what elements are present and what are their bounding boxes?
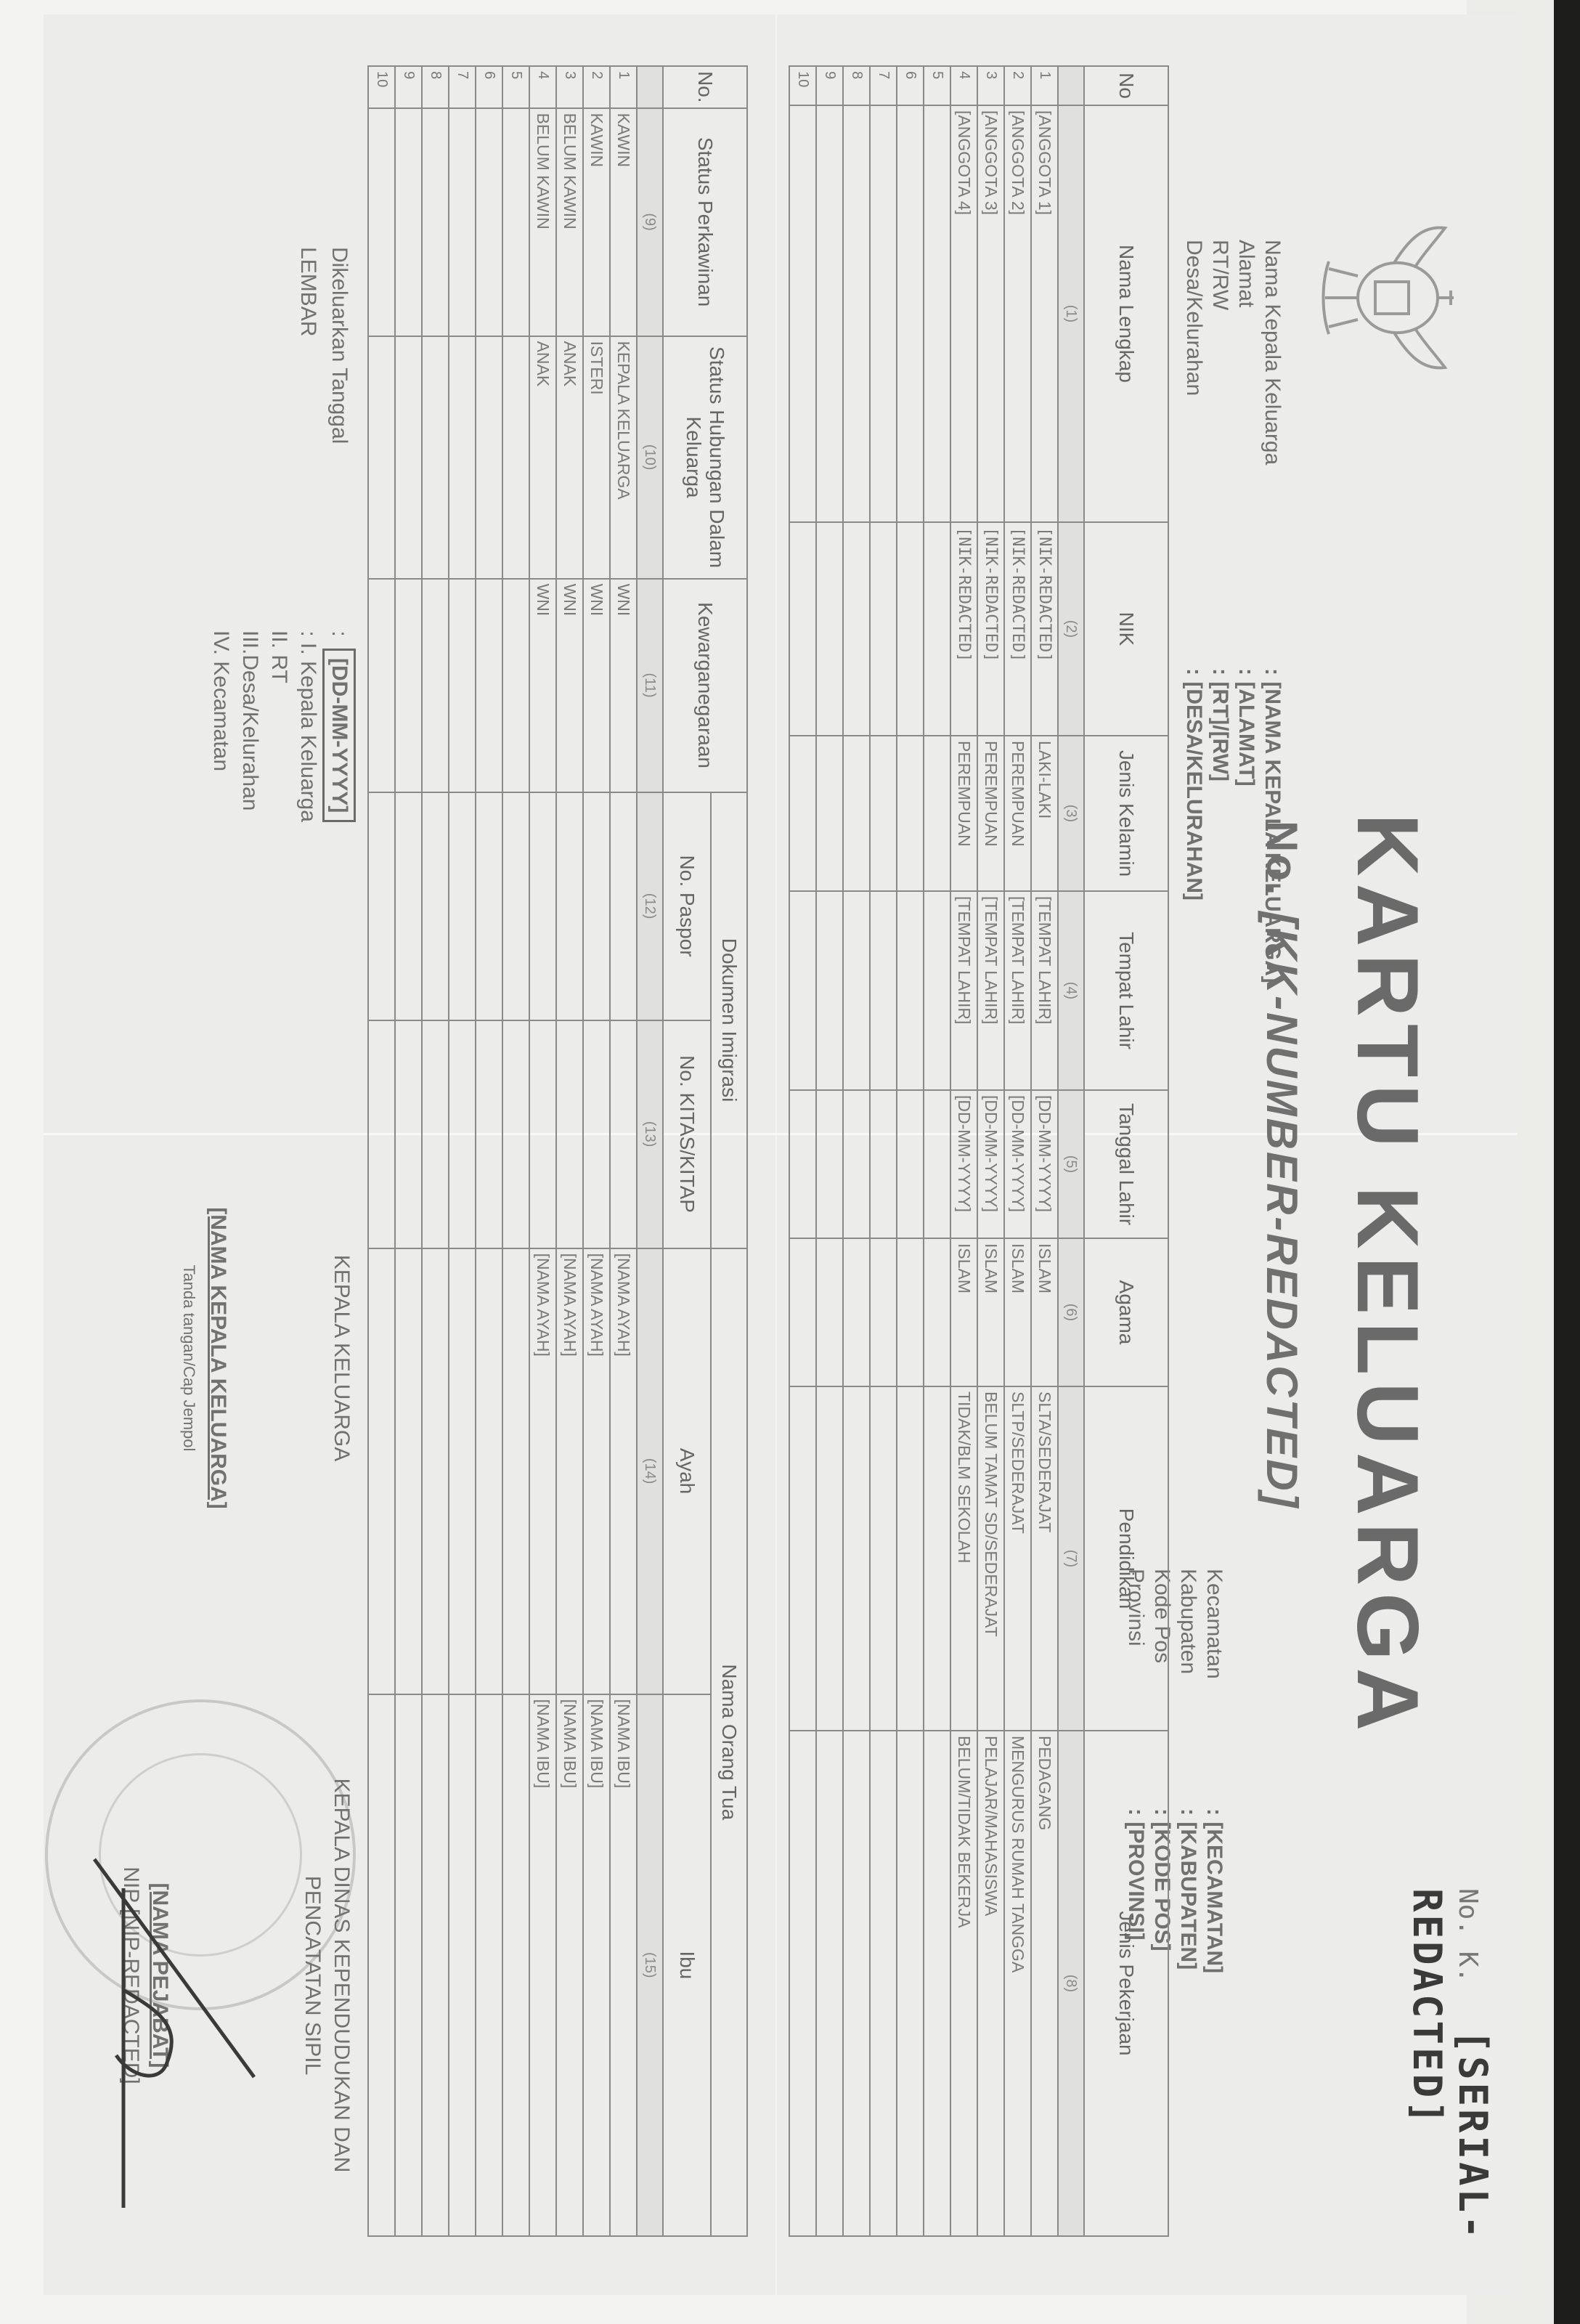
table-header-group-row: No. Status Perkawinan Status Hubungan Da… bbox=[711, 66, 747, 2236]
cell-religion bbox=[924, 1238, 950, 1386]
cell-birthdate bbox=[816, 1090, 843, 1238]
cell-full-name: [ANGGOTA 1] bbox=[1031, 105, 1058, 522]
members-status-table: No. Status Perkawinan Status Hubungan Da… bbox=[367, 65, 748, 2237]
cell-religion bbox=[870, 1238, 897, 1386]
cell-kitas-no bbox=[529, 1020, 556, 1248]
cell-full-name bbox=[843, 105, 870, 522]
head-of-family-signature-name: [NAMA KEPALA KELUARGA] bbox=[203, 1177, 232, 1540]
cell-nik: [NIK-REDACTED] bbox=[1004, 522, 1031, 736]
cell-birthdate bbox=[789, 1090, 816, 1238]
cell-sex bbox=[870, 736, 897, 891]
cell-birthdate: [DD-MM-YYYY] bbox=[1004, 1090, 1031, 1238]
garuda-emblem-icon bbox=[1314, 218, 1467, 378]
header-field-regency: Kabupaten: [KABUPATEN] bbox=[1175, 1569, 1201, 1973]
cell-mother bbox=[395, 1694, 422, 2236]
cell-nik bbox=[816, 522, 843, 736]
cell-father bbox=[476, 1248, 502, 1694]
cell-religion: ISLAM bbox=[977, 1238, 1004, 1386]
cell-education bbox=[897, 1386, 924, 1731]
cell-education: SLTP/SEDERAJAT bbox=[1004, 1386, 1031, 1731]
cell-passport-no bbox=[476, 792, 502, 1020]
cell-education bbox=[924, 1386, 950, 1731]
cell-education bbox=[789, 1386, 816, 1731]
cell-occupation: PELAJAR/MAHASISWA bbox=[977, 1731, 1004, 2236]
cell-education: TIDAK/BLM SEKOLAH bbox=[950, 1386, 977, 1731]
cell-mother: [NAMA IBU] bbox=[556, 1694, 583, 2236]
table-row: 6 bbox=[476, 66, 502, 2236]
col-header-mother: Ibu bbox=[663, 1694, 711, 2236]
cell-occupation bbox=[924, 1731, 950, 2236]
table-row: 3[ANGGOTA 3][NIK-REDACTED]PEREMPUAN[TEMP… bbox=[977, 66, 1004, 2236]
cell-mother bbox=[368, 1694, 395, 2236]
cell-family-relationship: ANAK bbox=[529, 336, 556, 579]
col-header-passport-no: No. Paspor bbox=[663, 792, 711, 1020]
col-header-sex: Jenis Kelamin bbox=[1084, 736, 1168, 891]
col-header-religion: Agama bbox=[1084, 1238, 1168, 1386]
cell-kitas-no bbox=[556, 1020, 583, 1248]
table-row: 8 bbox=[422, 66, 449, 2236]
copy-distribution: LEMBAR : I. Kepala Keluarga bbox=[293, 247, 322, 822]
cell-sex bbox=[789, 736, 816, 891]
cell-passport-no bbox=[529, 792, 556, 1020]
cell-education bbox=[870, 1386, 897, 1731]
cell-religion bbox=[843, 1238, 870, 1386]
cell-kitas-no bbox=[610, 1020, 637, 1248]
cell-sex bbox=[843, 736, 870, 891]
col-header-parent-names: Nama Orang Tua bbox=[711, 1248, 747, 2236]
cell-religion: ISLAM bbox=[950, 1238, 977, 1386]
table-row: 4BELUM KAWINANAKWNI[NAMA AYAH][NAMA IBU] bbox=[529, 66, 556, 2236]
cell-passport-no bbox=[610, 792, 637, 1020]
cell-religion: ISLAM bbox=[1031, 1238, 1058, 1386]
cell-birthplace: [TEMPAT LAHIR] bbox=[977, 891, 1004, 1090]
cell-full-name bbox=[897, 105, 924, 522]
fold-crease-horizontal bbox=[775, 15, 777, 2295]
cell-birthplace bbox=[924, 891, 950, 1090]
cell-birthplace: [TEMPAT LAHIR] bbox=[950, 891, 977, 1090]
cell-kitas-no bbox=[449, 1020, 476, 1248]
cell-occupation bbox=[870, 1731, 897, 2236]
table-row: 4[ANGGOTA 4][NIK-REDACTED]PEREMPUAN[TEMP… bbox=[950, 66, 977, 2236]
cell-family-relationship: ISTERI bbox=[583, 336, 610, 579]
cell-birthdate: [DD-MM-YYYY] bbox=[950, 1090, 977, 1238]
scan-background-edge bbox=[1554, 0, 1580, 2324]
issued-date-label: Dikeluarkan Tanggal bbox=[325, 247, 354, 625]
issued-date-value: [DD-MM-YYYY] bbox=[322, 649, 356, 822]
cell-citizenship: WNI bbox=[610, 579, 637, 792]
cell-father bbox=[422, 1248, 449, 1694]
cell-no: 8 bbox=[843, 66, 870, 105]
cell-family-relationship: KEPALA KELUARGA bbox=[610, 336, 637, 579]
header-field-head-name: Nama Kepala Keluarga: [NAMA KEPALA KELUA… bbox=[1259, 240, 1285, 983]
cell-birthplace: [TEMPAT LAHIR] bbox=[1004, 891, 1031, 1090]
cell-sex bbox=[897, 736, 924, 891]
cell-occupation: MENGURUS RUMAH TANGGA bbox=[1004, 1731, 1031, 2236]
cell-occupation bbox=[789, 1731, 816, 2236]
cell-family-relationship: ANAK bbox=[556, 336, 583, 579]
cell-birthdate bbox=[843, 1090, 870, 1238]
header-field-district: Kecamatan: [KECAMATAN] bbox=[1201, 1569, 1227, 1973]
cell-nik: [NIK-REDACTED] bbox=[1031, 522, 1058, 736]
cell-sex bbox=[924, 736, 950, 891]
copy-item: II. RT bbox=[264, 630, 293, 822]
cell-father bbox=[502, 1248, 529, 1694]
cell-occupation bbox=[843, 1731, 870, 2236]
table-row: 2[ANGGOTA 2][NIK-REDACTED]PEREMPUAN[TEMP… bbox=[1004, 66, 1031, 2236]
cell-family-relationship bbox=[395, 336, 422, 579]
cell-no: 9 bbox=[816, 66, 843, 105]
cell-full-name: [ANGGOTA 2] bbox=[1004, 105, 1031, 522]
cell-sex: PEREMPUAN bbox=[950, 736, 977, 891]
cell-religion bbox=[816, 1238, 843, 1386]
table-row: 5 bbox=[924, 66, 950, 2236]
table-row: 8 bbox=[843, 66, 870, 2236]
cell-marital-status: BELUM KAWIN bbox=[529, 108, 556, 336]
form-serial-prefix: No. K. bbox=[1453, 1888, 1483, 1983]
cell-mother bbox=[422, 1694, 449, 2236]
official-title-line-2: PENCATATAN SIPIL bbox=[298, 1721, 327, 2230]
header-household-info: Nama Kepala Keluarga: [NAMA KEPALA KELUA… bbox=[1181, 240, 1285, 983]
cell-passport-no bbox=[395, 792, 422, 1020]
cell-birthplace bbox=[870, 891, 897, 1090]
form-serial-number: No. K. [SERIAL-REDACTED] bbox=[1404, 1888, 1496, 2295]
cell-no: 9 bbox=[395, 66, 422, 108]
table-row: 2KAWINISTERIWNI[NAMA AYAH][NAMA IBU] bbox=[583, 66, 610, 2236]
column-number-row: (9) (10) (11) (12) (13) (14) (15) bbox=[637, 66, 663, 2236]
copy-distribution-label: LEMBAR bbox=[293, 247, 322, 625]
cell-citizenship bbox=[476, 579, 502, 792]
issuance-info: Dikeluarkan Tanggal : [DD-MM-YYYY] LEMBA… bbox=[206, 247, 356, 822]
cell-religion bbox=[789, 1238, 816, 1386]
cell-no: 5 bbox=[502, 66, 529, 108]
cell-marital-status bbox=[502, 108, 529, 336]
table-row: 6 bbox=[897, 66, 924, 2236]
col-header-full-name: Nama Lengkap bbox=[1084, 105, 1168, 522]
cell-religion bbox=[897, 1238, 924, 1386]
cell-family-relationship bbox=[449, 336, 476, 579]
cell-full-name bbox=[870, 105, 897, 522]
cell-full-name bbox=[816, 105, 843, 522]
cell-education: SLTA/SEDERAJAT bbox=[1031, 1386, 1058, 1731]
col-header-no: No bbox=[1084, 66, 1168, 105]
cell-education bbox=[816, 1386, 843, 1731]
cell-no: 2 bbox=[583, 66, 610, 108]
cell-birthplace bbox=[789, 891, 816, 1090]
table-header-row: No Nama Lengkap NIK Jenis Kelamin Tempat… bbox=[1084, 66, 1168, 2236]
cell-passport-no bbox=[556, 792, 583, 1020]
cell-family-relationship bbox=[368, 336, 395, 579]
cell-citizenship: WNI bbox=[556, 579, 583, 792]
cell-family-relationship bbox=[502, 336, 529, 579]
cell-birthplace: [TEMPAT LAHIR] bbox=[1031, 891, 1058, 1090]
cell-no: 2 bbox=[1004, 66, 1031, 105]
cell-passport-no bbox=[449, 792, 476, 1020]
cell-passport-no bbox=[368, 792, 395, 1020]
cell-no: 3 bbox=[977, 66, 1004, 105]
cell-marital-status: KAWIN bbox=[610, 108, 637, 336]
cell-citizenship bbox=[422, 579, 449, 792]
cell-father bbox=[395, 1248, 422, 1694]
cell-no: 5 bbox=[924, 66, 950, 105]
cell-sex bbox=[816, 736, 843, 891]
cell-citizenship bbox=[502, 579, 529, 792]
cell-kitas-no bbox=[476, 1020, 502, 1248]
table-row: 1KAWINKEPALA KELUARGAWNI[NAMA AYAH][NAMA… bbox=[610, 66, 637, 2236]
col-header-no: No. bbox=[663, 66, 747, 108]
cell-marital-status bbox=[395, 108, 422, 336]
table-row: 7 bbox=[870, 66, 897, 2236]
cell-family-relationship bbox=[422, 336, 449, 579]
cell-no: 8 bbox=[422, 66, 449, 108]
cell-birthdate: [DD-MM-YYYY] bbox=[977, 1090, 1004, 1238]
cell-no: 4 bbox=[950, 66, 977, 105]
col-header-immigration-docs: Dokumen Imigrasi bbox=[711, 792, 747, 1248]
cell-education bbox=[843, 1386, 870, 1731]
cell-marital-status bbox=[368, 108, 395, 336]
cell-mother: [NAMA IBU] bbox=[610, 1694, 637, 2236]
col-header-family-relationship: Status Hubungan Dalam Keluarga bbox=[663, 336, 747, 579]
cell-mother: [NAMA IBU] bbox=[583, 1694, 610, 2236]
cell-occupation bbox=[816, 1731, 843, 2236]
col-header-kitas-no: No. KITAS/KITAP bbox=[663, 1020, 711, 1248]
col-header-marital-status: Status Perkawinan bbox=[663, 108, 747, 336]
cell-nik: [NIK-REDACTED] bbox=[977, 522, 1004, 736]
header-field-rt-rw: RT/RW: [RT]/[RW] bbox=[1207, 240, 1233, 983]
signature-note: Tanda tangan/Cap Jempol bbox=[174, 1177, 203, 1540]
cell-marital-status: BELUM KAWIN bbox=[556, 108, 583, 336]
head-of-family-signature-block: KEPALA KELUARGA [NAMA KEPALA KELUARGA] T… bbox=[174, 1177, 356, 1540]
family-card-number-value: [KK-NUMBER-REDACTED] bbox=[1258, 911, 1306, 1509]
table-row: 9 bbox=[395, 66, 422, 2236]
cell-nik: [NIK-REDACTED] bbox=[950, 522, 977, 736]
column-number-row: (1) (2) (3) (4) (5) (6) (7) (8) bbox=[1058, 66, 1084, 2236]
cell-nik bbox=[843, 522, 870, 736]
col-header-citizenship: Kewarganegaraan bbox=[663, 579, 747, 792]
table-row: 1[ANGGOTA 1][NIK-REDACTED]LAKI-LAKI[TEMP… bbox=[1031, 66, 1058, 2236]
table-row: 10 bbox=[789, 66, 816, 2236]
cell-citizenship bbox=[368, 579, 395, 792]
cell-father: [NAMA AYAH] bbox=[583, 1248, 610, 1694]
cell-religion: ISLAM bbox=[1004, 1238, 1031, 1386]
header-field-address: Alamat: [ALAMAT] bbox=[1233, 240, 1259, 983]
cell-no: 7 bbox=[870, 66, 897, 105]
copy-item: I. Kepala Keluarga bbox=[296, 643, 320, 822]
family-card-document: KARTU KELUARGA No. [KK-NUMBER-REDACTED] … bbox=[44, 15, 1518, 2295]
cell-birthdate bbox=[924, 1090, 950, 1238]
col-header-occupation: Jenis Pekerjaan bbox=[1084, 1731, 1168, 2236]
cell-education: BELUM TAMAT SD/SEDERAJAT bbox=[977, 1386, 1004, 1731]
cell-occupation bbox=[897, 1731, 924, 2236]
table-row: 3BELUM KAWINANAKWNI[NAMA AYAH][NAMA IBU] bbox=[556, 66, 583, 2236]
table-row: 10 bbox=[368, 66, 395, 2236]
cell-no: 1 bbox=[610, 66, 637, 108]
cell-father: [NAMA AYAH] bbox=[556, 1248, 583, 1694]
cell-occupation: PEDAGANG bbox=[1031, 1731, 1058, 2236]
cell-sex: PEREMPUAN bbox=[977, 736, 1004, 891]
cell-citizenship bbox=[395, 579, 422, 792]
cell-passport-no bbox=[583, 792, 610, 1020]
cell-nik bbox=[870, 522, 897, 736]
cell-kitas-no bbox=[368, 1020, 395, 1248]
col-header-father: Ayah bbox=[663, 1248, 711, 1694]
cell-no: 3 bbox=[556, 66, 583, 108]
cell-father bbox=[368, 1248, 395, 1694]
cell-birthplace bbox=[816, 891, 843, 1090]
members-identity-table: No Nama Lengkap NIK Jenis Kelamin Tempat… bbox=[789, 65, 1169, 2237]
col-header-nik: NIK bbox=[1084, 522, 1168, 736]
cell-full-name bbox=[924, 105, 950, 522]
cell-sex: LAKI-LAKI bbox=[1031, 736, 1058, 891]
cell-mother bbox=[449, 1694, 476, 2236]
cell-birthplace bbox=[843, 891, 870, 1090]
cell-nik bbox=[924, 522, 950, 736]
cell-citizenship: WNI bbox=[529, 579, 556, 792]
cell-kitas-no bbox=[583, 1020, 610, 1248]
cell-birthplace bbox=[897, 891, 924, 1090]
cell-no: 7 bbox=[449, 66, 476, 108]
cell-marital-status bbox=[449, 108, 476, 336]
cell-no: 4 bbox=[529, 66, 556, 108]
cell-mother: [NAMA IBU] bbox=[529, 1694, 556, 2236]
document-title: KARTU KELUARGA bbox=[1337, 813, 1438, 1738]
handwritten-signature-icon bbox=[80, 1845, 269, 2222]
table-row: 7 bbox=[449, 66, 476, 2236]
cell-marital-status: KAWIN bbox=[583, 108, 610, 336]
cell-occupation: BELUM/TIDAK BEKERJA bbox=[950, 1731, 977, 2236]
table-row: 5 bbox=[502, 66, 529, 2236]
header-field-village: Desa/Kelurahan: [DESA/KELURAHAN] bbox=[1181, 240, 1207, 983]
cell-passport-no bbox=[422, 792, 449, 1020]
cell-mother bbox=[502, 1694, 529, 2236]
table-row: 9 bbox=[816, 66, 843, 2236]
cell-birthdate bbox=[897, 1090, 924, 1238]
col-header-birthplace: Tempat Lahir bbox=[1084, 891, 1168, 1090]
cell-no: 10 bbox=[789, 66, 816, 105]
cell-nik bbox=[897, 522, 924, 736]
cell-passport-no bbox=[502, 792, 529, 1020]
official-title-line-1: KEPALA DINAS KEPENDUDUKAN DAN bbox=[327, 1721, 356, 2230]
cell-full-name bbox=[789, 105, 816, 522]
cell-no: 6 bbox=[476, 66, 502, 108]
cell-family-relationship bbox=[476, 336, 502, 579]
cell-no: 6 bbox=[897, 66, 924, 105]
cell-mother bbox=[476, 1694, 502, 2236]
cell-marital-status bbox=[422, 108, 449, 336]
cell-marital-status bbox=[476, 108, 502, 336]
cell-father: [NAMA AYAH] bbox=[610, 1248, 637, 1694]
cell-birthdate: [DD-MM-YYYY] bbox=[1031, 1090, 1058, 1238]
cell-birthdate bbox=[870, 1090, 897, 1238]
cell-citizenship bbox=[449, 579, 476, 792]
col-header-education: Pendidikan bbox=[1084, 1386, 1168, 1731]
cell-full-name: [ANGGOTA 4] bbox=[950, 105, 977, 522]
cell-citizenship: WNI bbox=[583, 579, 610, 792]
col-header-birthdate: Tanggal Lahir bbox=[1084, 1090, 1168, 1238]
cell-father bbox=[449, 1248, 476, 1694]
copy-item: IV. Kecamatan bbox=[206, 630, 235, 822]
cell-sex: PEREMPUAN bbox=[1004, 736, 1031, 891]
cell-nik bbox=[789, 522, 816, 736]
cell-no: 1 bbox=[1031, 66, 1058, 105]
cell-father: [NAMA AYAH] bbox=[529, 1248, 556, 1694]
cell-full-name: [ANGGOTA 3] bbox=[977, 105, 1004, 522]
cell-no: 10 bbox=[368, 66, 395, 108]
head-of-family-signature-title: KEPALA KELUARGA bbox=[327, 1177, 356, 1540]
cell-kitas-no bbox=[395, 1020, 422, 1248]
cell-kitas-no bbox=[502, 1020, 529, 1248]
copy-item: III.Desa/Kelurahan bbox=[235, 630, 264, 822]
cell-kitas-no bbox=[422, 1020, 449, 1248]
issued-date-line: Dikeluarkan Tanggal : [DD-MM-YYYY] bbox=[322, 247, 356, 822]
